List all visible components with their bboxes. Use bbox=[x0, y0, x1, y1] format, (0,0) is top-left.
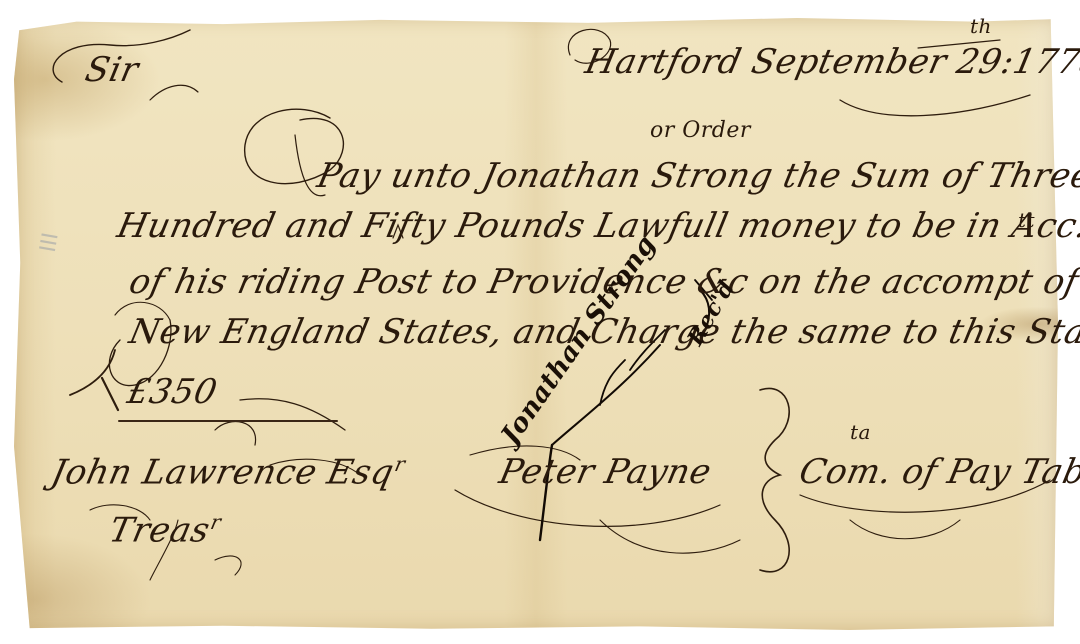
place: Hartford bbox=[582, 42, 745, 82]
body-line-2: Hundred and Fifty Pounds Lawfull money t… bbox=[114, 206, 1080, 246]
interlined-or-order: or Order bbox=[650, 118, 751, 143]
amount-value: 350 bbox=[146, 372, 221, 412]
addressee-name: John Lawrence Esqr bbox=[48, 452, 408, 492]
signatory-role-superscript: ta bbox=[850, 420, 871, 444]
body-line-2-superscript: tt bbox=[1018, 208, 1035, 232]
signatory-role: Com. of Pay Table bbox=[796, 452, 1080, 492]
salutation: Sir bbox=[82, 50, 142, 90]
date-line: Hartford September 29:1778. bbox=[582, 42, 1080, 82]
month: September bbox=[748, 42, 950, 82]
pencil-margin-note: III bbox=[36, 231, 64, 255]
body-line-1: Pay unto Jonathan Strong the Sum of Thre… bbox=[314, 156, 1080, 196]
signatory-name: Peter Payne bbox=[496, 452, 715, 492]
amount-underline bbox=[118, 420, 338, 422]
day: 29 bbox=[953, 42, 1006, 82]
addressee-title: Treasr bbox=[106, 510, 224, 550]
day-suffix: th bbox=[970, 14, 992, 38]
amount: £350 bbox=[124, 372, 221, 412]
year: 1778 bbox=[1009, 42, 1080, 82]
